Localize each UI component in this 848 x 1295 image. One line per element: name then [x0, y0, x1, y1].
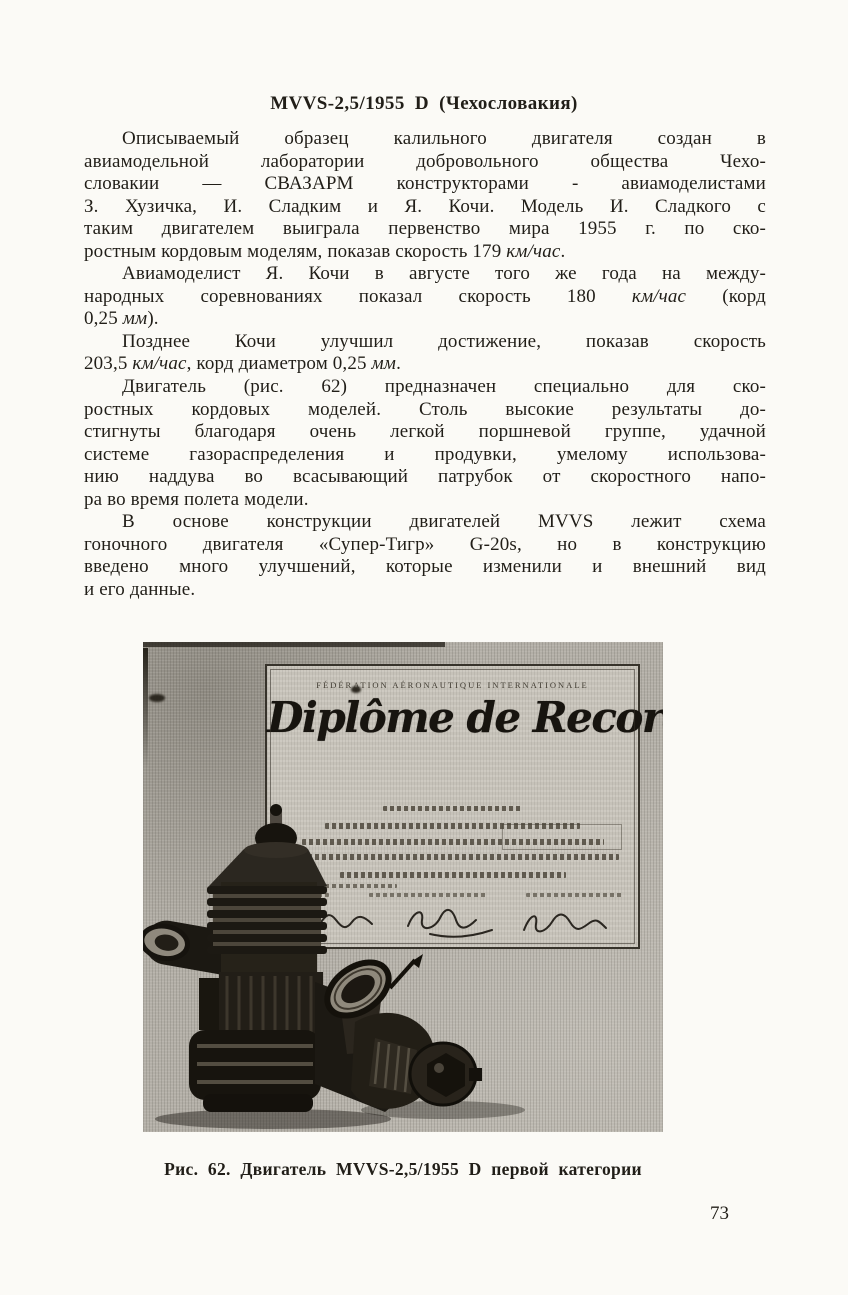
- text-run: .: [396, 353, 401, 374]
- text-line: авиамодельной лаборатории добровольного …: [84, 151, 766, 174]
- text-run: Описываемый образец калильного двигателя…: [122, 128, 766, 149]
- text-line: ростных кордовых моделей. Столь высокие …: [84, 399, 766, 422]
- text-line: ра во время полета модели.: [84, 489, 766, 512]
- paragraph: В основе конструкции двигателей MVVS леж…: [84, 511, 766, 601]
- text-run: З. Хузичка, И. Сладким и Я. Кочи. Модель…: [84, 196, 766, 217]
- text-run: и его данные.: [84, 579, 195, 600]
- text-run: км/час: [506, 241, 560, 262]
- text-run: мм: [372, 353, 397, 374]
- text-run: таким двигателем выиграла первенство мир…: [84, 218, 766, 239]
- page-number: 73: [710, 1203, 729, 1225]
- cylinder-fins: [207, 842, 327, 982]
- text-run: Авиамоделист Я. Кочи в августе того же г…: [122, 263, 766, 284]
- text-run: В основе конструкции двигателей MVVS леж…: [122, 511, 766, 532]
- text-run: стигнуты благодаря очень легкой поршнево…: [84, 421, 766, 442]
- text-line: и его данные.: [84, 579, 766, 602]
- text-run: км/час: [132, 353, 186, 374]
- text-run: ).: [147, 308, 158, 329]
- text-line: В основе конструкции двигателей MVVS леж…: [84, 511, 766, 534]
- needle-valve: [390, 954, 423, 988]
- paragraph: Двигатель (рис. 62) предназначен специал…: [84, 376, 766, 511]
- text-run: Двигатель (рис. 62) предназначен специал…: [122, 376, 766, 397]
- text-run: .: [560, 241, 565, 262]
- engine-and-diploma-photo: FÉDÉRATION AÉRONAUTIQUE INTERNATIONALE D…: [143, 642, 663, 1132]
- text-run: гоночного двигателя «Супер-Тигр» G-20s, …: [84, 534, 766, 555]
- text-line: Авиамоделист Я. Кочи в августе того же г…: [84, 263, 766, 286]
- text-line: гоночного двигателя «Супер-Тигр» G-20s, …: [84, 534, 766, 557]
- text-run: системе газораспределения и продувки, ум…: [84, 444, 766, 465]
- text-run: мм: [123, 308, 148, 329]
- text-run: ростным кордовым моделям, показав скорос…: [84, 241, 506, 262]
- text-run: народных соревнованиях показал скорость …: [84, 286, 632, 307]
- book-page: MVVS-2,5/1955 D (Чехословакия) Описываем…: [0, 0, 848, 1295]
- figure-62: FÉDÉRATION AÉRONAUTIQUE INTERNATIONALE D…: [143, 642, 663, 1180]
- paragraph: Авиамоделист Я. Кочи в августе того же г…: [84, 263, 766, 331]
- text-line: нию наддува во всасывающий патрубок от с…: [84, 466, 766, 489]
- text-line: народных соревнованиях показал скорость …: [84, 286, 766, 309]
- text-run: 203,5: [84, 353, 132, 374]
- text-line: системе газораспределения и продувки, ум…: [84, 444, 766, 467]
- text-line: таким двигателем выиграла первенство мир…: [84, 218, 766, 241]
- text-run: введено много улучшений, которые изменил…: [84, 556, 766, 577]
- text-run: нию наддува во всасывающий патрубок от с…: [84, 466, 766, 487]
- text-line: 203,5 км/час, корд диаметром 0,25 мм.: [84, 353, 766, 376]
- article-title: MVVS-2,5/1955 D (Чехословакия): [0, 93, 848, 115]
- text-line: 0,25 мм).: [84, 308, 766, 331]
- crankcase: [189, 1030, 321, 1112]
- model-engine-illustration: [143, 642, 663, 1132]
- text-run: (корд: [686, 286, 766, 307]
- text-run: словакии — СВАЗАРМ конструкторами - авиа…: [84, 173, 766, 194]
- text-run: км/час: [632, 286, 686, 307]
- paragraph: Описываемый образец калильного двигателя…: [84, 128, 766, 263]
- text-line: введено много улучшений, которые изменил…: [84, 556, 766, 579]
- text-line: Позднее Кочи улучшил достижение, показав…: [84, 331, 766, 354]
- bypass-block: [199, 972, 323, 1036]
- text-run: ра во время полета модели.: [84, 489, 309, 510]
- text-line: Двигатель (рис. 62) предназначен специал…: [84, 376, 766, 399]
- prop-driver: [351, 1013, 482, 1109]
- article-body: Описываемый образец калильного двигателя…: [84, 128, 766, 601]
- text-run: авиамодельной лаборатории добровольного …: [84, 151, 766, 172]
- text-line: З. Хузичка, И. Сладким и Я. Кочи. Модель…: [84, 196, 766, 219]
- figure-caption: Рис. 62. Двигатель MVVS-2,5/1955 D перво…: [143, 1159, 663, 1180]
- text-line: Описываемый образец калильного двигателя…: [84, 128, 766, 151]
- paragraph: Позднее Кочи улучшил достижение, показав…: [84, 331, 766, 376]
- text-run: Позднее Кочи улучшил достижение, показав…: [122, 331, 766, 352]
- text-run: ростных кордовых моделей. Столь высокие …: [84, 399, 766, 420]
- text-line: ростным кордовым моделям, показав скорос…: [84, 241, 766, 264]
- text-line: стигнуты благодаря очень легкой поршнево…: [84, 421, 766, 444]
- text-run: 0,25: [84, 308, 123, 329]
- text-line: словакии — СВАЗАРМ конструкторами - авиа…: [84, 173, 766, 196]
- text-run: , корд диаметром 0,25: [187, 353, 372, 374]
